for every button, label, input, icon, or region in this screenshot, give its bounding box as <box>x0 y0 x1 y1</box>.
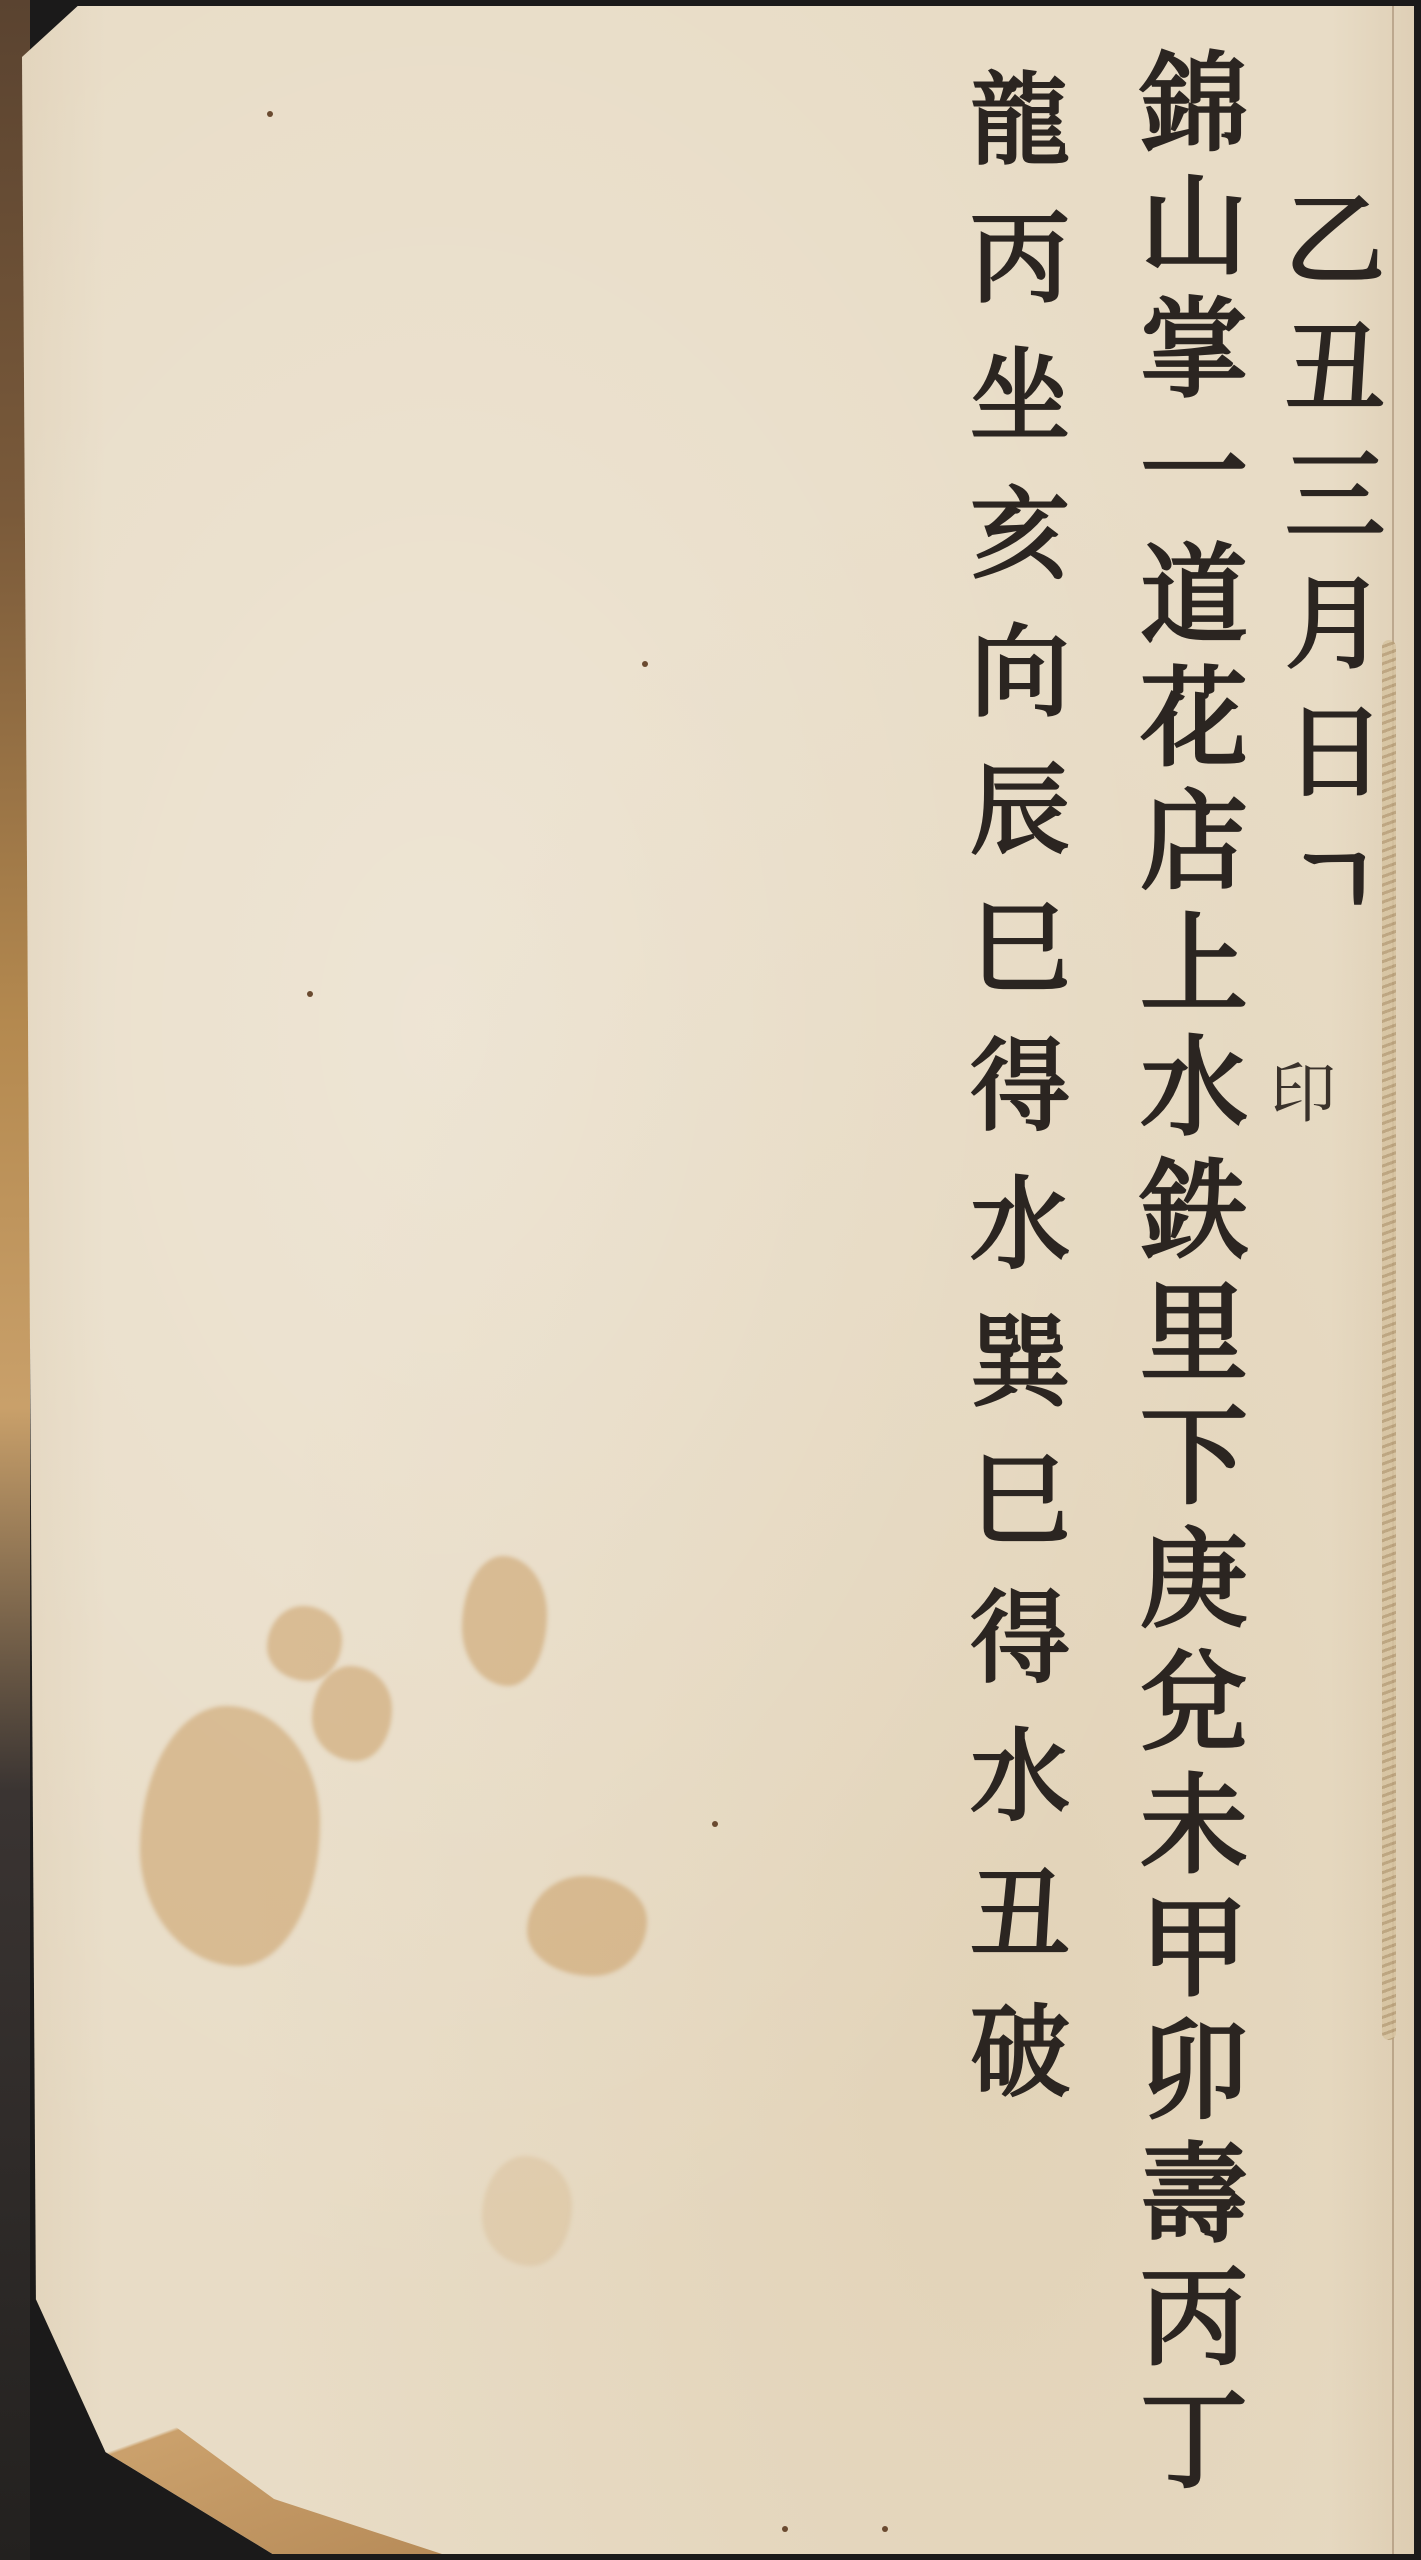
character: 上 <box>1140 911 1248 1034</box>
character: 辰 <box>970 760 1070 898</box>
water-stain-faint <box>482 2156 572 2266</box>
torn-corner <box>22 2334 442 2554</box>
character: 得 <box>970 1036 1070 1174</box>
character: 丑 <box>1285 318 1385 446</box>
character: 未 <box>1140 1772 1248 1895</box>
character: 下 <box>1140 1403 1248 1526</box>
character: 丁 <box>1140 2387 1248 2510</box>
character: 庚 <box>1140 1526 1248 1649</box>
character: 乙 <box>1285 190 1385 318</box>
character: 掌 <box>1140 296 1248 419</box>
water-stain-small-1 <box>267 1606 342 1681</box>
character: 錦 <box>1140 50 1248 173</box>
character: 甲 <box>1140 1895 1248 2018</box>
foxing-speck <box>267 111 273 117</box>
water-stain-low <box>527 1876 647 1976</box>
character: 巳 <box>970 898 1070 1036</box>
foxing-speck <box>307 991 313 997</box>
water-stain-mid <box>462 1556 547 1686</box>
character: 巳 <box>970 1450 1070 1588</box>
character: 坐 <box>970 346 1070 484</box>
character: 月 <box>1285 574 1385 702</box>
character: 得 <box>970 1588 1070 1726</box>
character: 兌 <box>1140 1649 1248 1772</box>
text-column-date: 乙 丑 三 月 日 ㄱ <box>1285 190 1385 958</box>
character: 破 <box>970 2002 1070 2140</box>
character: 一 <box>1140 419 1248 542</box>
character: 丙 <box>1140 2264 1248 2387</box>
character: 龍 <box>970 70 1070 208</box>
character: 里 <box>1140 1280 1248 1403</box>
character: 日 <box>1285 702 1385 830</box>
character: 山 <box>1140 173 1248 296</box>
character: 壽 <box>1140 2141 1248 2264</box>
character: 丑 <box>970 1864 1070 2002</box>
character: 三 <box>1285 446 1385 574</box>
character: 鉄 <box>1140 1157 1248 1280</box>
character: 巽 <box>970 1312 1070 1450</box>
character: 花 <box>1140 665 1248 788</box>
text-column-main: 錦 山 掌 一 道 花 店 上 水 鉄 里 下 庚 兌 未 甲 卯 壽 丙 丁 <box>1140 50 1248 2510</box>
foxing-speck <box>642 661 648 667</box>
foxing-speck <box>782 2526 788 2532</box>
character: 卯 <box>1140 2018 1248 2141</box>
water-stain-small-2 <box>312 1666 392 1761</box>
text-column-second: 龍 丙 坐 亥 向 辰 巳 得 水 巽 巳 得 水 丑 破 <box>970 70 1070 2140</box>
character: 水 <box>970 1726 1070 1864</box>
character: 亥 <box>970 484 1070 622</box>
character: 店 <box>1140 788 1248 911</box>
character: 道 <box>1140 542 1248 665</box>
character: 丙 <box>970 208 1070 346</box>
side-annotation-mark: 印 <box>1270 1040 1336 1135</box>
character: 水 <box>1140 1034 1248 1157</box>
water-stain-large <box>140 1706 320 1966</box>
character: 向 <box>970 622 1070 760</box>
foxing-speck <box>712 1821 718 1827</box>
character: 水 <box>970 1174 1070 1312</box>
character: ㄱ <box>1287 830 1384 958</box>
foxing-speck <box>882 2526 888 2532</box>
